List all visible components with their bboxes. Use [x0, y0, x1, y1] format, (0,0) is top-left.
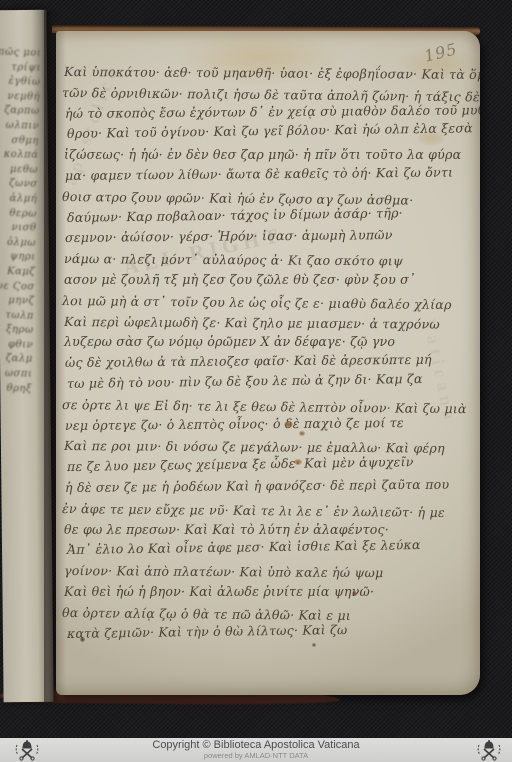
- facing-page-text-fragment: θρηξ: [0, 381, 32, 397]
- facing-page-text-fragment: πῶς μοι: [0, 46, 41, 62]
- manuscript-line: Καὶ θεὶ ἡώ ἡ βηον· Καὶ ἀλωδε ῥινίτε μία …: [64, 582, 468, 603]
- facing-page-text-fragment: μηνζ: [0, 294, 35, 310]
- facing-page-text-fragment: ζαλμ: [0, 352, 33, 368]
- manuscript-line: τω μὲ δὴ τὸ νου· πὶν ζω δὲ ξου λε πὼ ἀ ζ…: [67, 368, 471, 394]
- facing-page-text-fragment: ξηρω: [0, 323, 34, 339]
- facing-page-text-fragment: νισθ: [0, 221, 37, 237]
- facing-page-text-fragment: νεμθή: [0, 89, 40, 105]
- facing-page-text-fragment: Καμζ: [0, 264, 35, 280]
- manuscript-line: σεμνον· ἀώίσον· γέρσ· Ἡρόν· ἱσασ· ἀμωμὴ …: [65, 225, 469, 249]
- manuscript-line: θρου· Καὶ τοῦ ὀγίνου· Καὶ ζω γεῖ βόλου· …: [67, 119, 471, 145]
- facing-page-text-fragment: τωλπ: [0, 308, 34, 324]
- manuscript-line: ἡ δὲ σεν ζε με ἡ ῥοδέων Καὶ ἡ φανόζεσ· δ…: [65, 474, 469, 498]
- facing-page-text-fragment: ωλπιν: [0, 118, 39, 134]
- facing-page-text-fragment: ψηρι: [0, 250, 36, 266]
- manuscript-page: 195 apostolica Vaticana Καὶ ὑποκάτου· ἀε…: [56, 31, 480, 695]
- facing-page-text-fragment: ζαρπω: [0, 104, 40, 120]
- manuscript-photo: πῶς μοιτρίψιἐγθίωνεμθήζαρπωωλπινσθμηκολπ…: [0, 0, 512, 762]
- manuscript-line: ἐν ἀφε τε μεν εὔχε με νῦ· Καὶ τε λι λε ε…: [62, 499, 466, 524]
- manuscript-line: μα· φαμεν τίωον λίθων· ἄωτα δὲ καθεῖς τὸ…: [65, 162, 469, 186]
- facing-page-text-fragment: ἀλμή: [0, 191, 37, 207]
- powered-by-text: powered by AMLAD·NTT DATA: [152, 752, 359, 760]
- manuscript-text-block: Καὶ ὑποκάτου· ἀεθ· τοῦ μηανθῆ· ὑαοι· ἐξ …: [64, 62, 468, 644]
- facing-page-text-fragment: φθιν: [0, 337, 33, 353]
- copyright-text: Copyright © Biblioteca Apostolica Vatica…: [152, 740, 359, 752]
- facing-page-text-fragment: μεθω: [0, 162, 38, 178]
- manuscript-line: Καὶ ὑποκάτου· ἀεθ· τοῦ μηανθῆ· ὑαοι· ἐξ …: [64, 62, 468, 86]
- vatican-library-emblem-icon: [10, 738, 44, 762]
- facing-page-text-fragment: κολπά: [0, 148, 39, 164]
- facing-page-text-fragment: ωσπι: [0, 366, 33, 382]
- facing-page-strip: πῶς μοιτρίψιἐγθίωνεμθήζαρπωωλπινσθμηκολπ…: [0, 10, 54, 702]
- footer-text: Copyright © Biblioteca Apostolica Vatica…: [152, 740, 359, 760]
- manuscript-line: Ἀπ᾽ ἐλιο λο Καὶ οἶνε ἀφε μεσ· Καὶ ἰσθιε …: [67, 535, 471, 561]
- facing-page-text-fragment: θερω: [0, 206, 37, 222]
- manuscript-line: γοίνον· Καὶ ἀπὸ πλατέων· Καὶ ὑπὸ καλε ἡώ…: [64, 561, 468, 585]
- vatican-library-emblem-icon: [472, 738, 506, 762]
- facing-page-text-fragment: σθμη: [0, 133, 39, 149]
- facing-page-text-fragment: ὀλμω: [0, 235, 36, 251]
- facing-page-text-fragment: ἐγθίω: [0, 75, 41, 91]
- facing-page-text: πῶς μοιτρίψιἐγθίωνεμθήζαρπωωλπινσθμηκολπ…: [0, 46, 41, 397]
- manuscript-line: πε ζε λυο μεν ζεως χείμενα ξε ὧδε· Καὶ μ…: [67, 451, 471, 477]
- facing-page-text-fragment: τρίψι: [0, 60, 41, 76]
- manuscript-line: νάμω α· πλεζι μόντ᾽ αὐλαύρος ἀ· Κι ζαο σ…: [64, 249, 468, 273]
- footer-bar: Copyright © Biblioteca Apostolica Vatica…: [0, 738, 512, 762]
- manuscript-line: ασον μὲ ζουλῆ τξ μὴ ζεσ ζου ζῶλε θὺ ζεσ·…: [64, 270, 468, 291]
- manuscript-line: νεμ ὀρτεγε ζω· ὁ λεπτὸς οἶνος· ὁ δὲ παχι…: [65, 412, 469, 436]
- manuscript-line: Καὶ περὶ ὠφελιμωδὴ ζε· Καὶ ζηλο με μιασμ…: [64, 312, 468, 336]
- facing-page-text-fragment: ζωνσ: [0, 177, 38, 193]
- facing-page-text-fragment: ωε Ϛοσ: [0, 279, 35, 295]
